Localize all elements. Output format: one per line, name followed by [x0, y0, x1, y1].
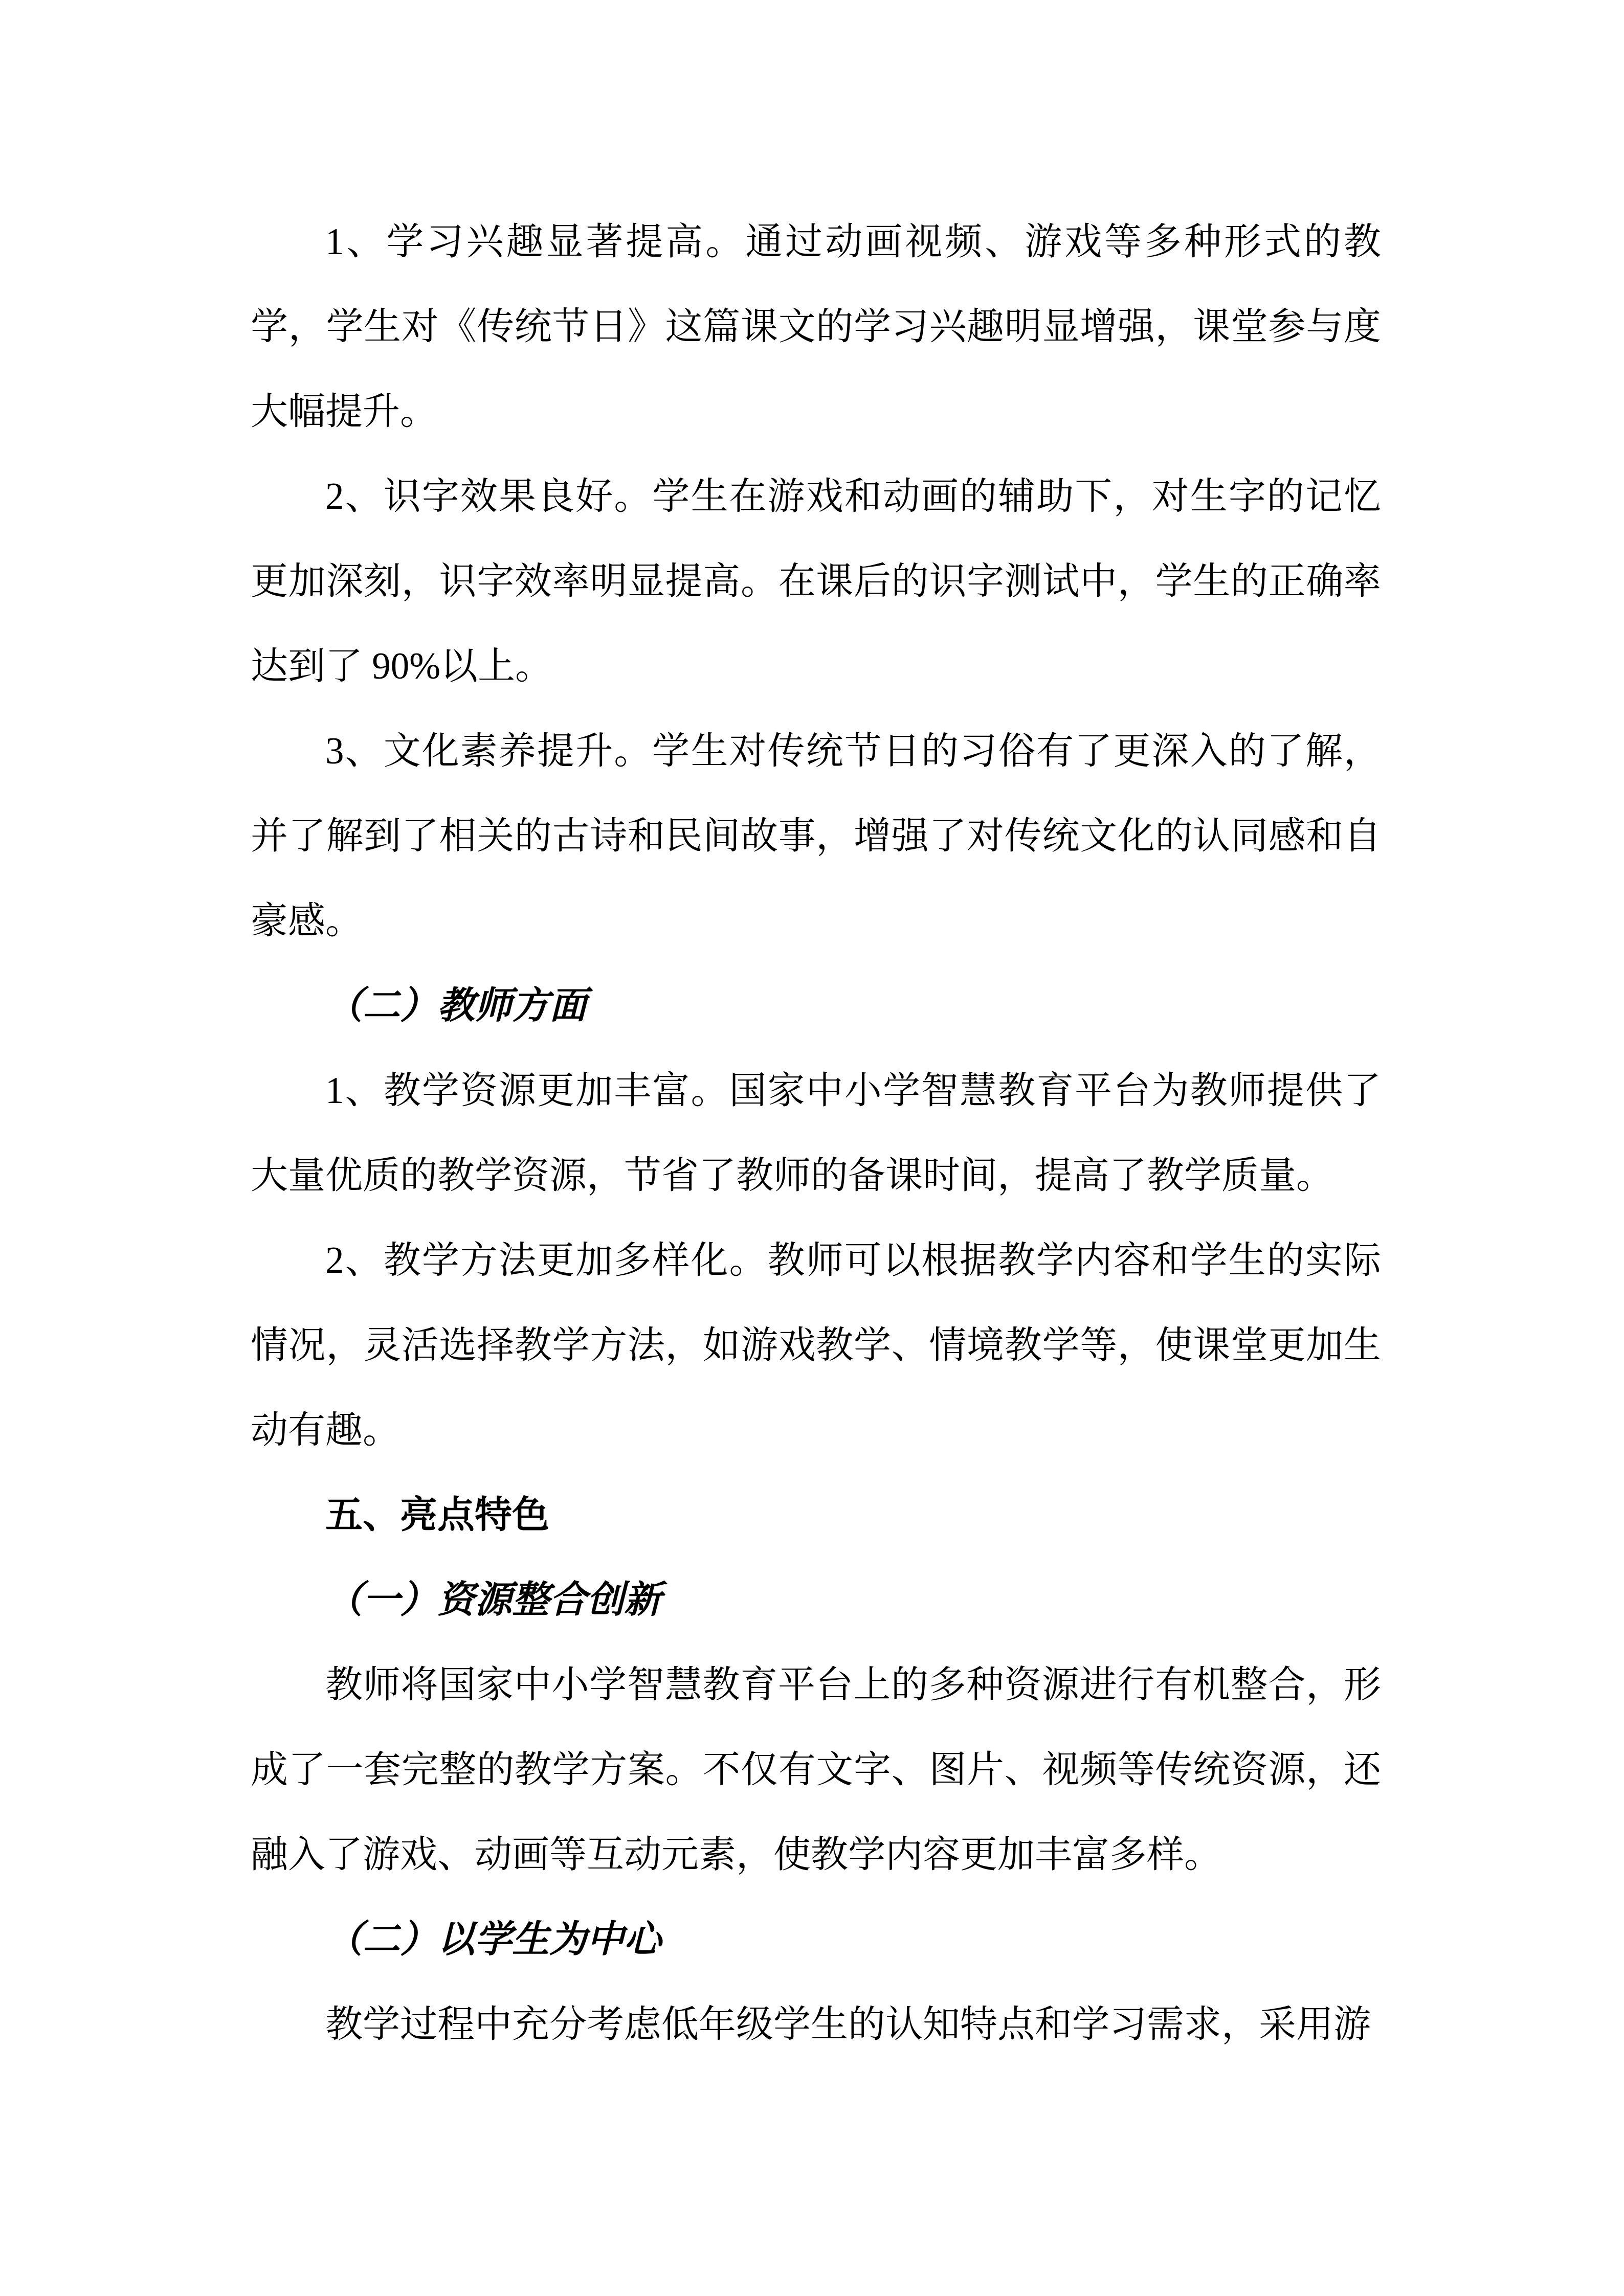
subsection-heading: （二）以学生为中心 [251, 1897, 1381, 1982]
subsection-heading: （二）教师方面 [251, 963, 1381, 1048]
body-paragraph: 教学过程中充分考虑低年级学生的认知特点和学习需求，采用游 [251, 1982, 1381, 2067]
subsection-heading: （一）资源整合创新 [251, 1558, 1381, 1642]
section-heading: 五、亮点特色 [251, 1473, 1381, 1558]
body-paragraph: 1、学习兴趣显著提高。通过动画视频、游戏等多种形式的教学，学生对《传统节日》这篇… [251, 199, 1381, 454]
body-paragraph: 1、教学资源更加丰富。国家中小学智慧教育平台为教师提供了大量优质的教学资源，节省… [251, 1048, 1381, 1218]
document-page: 1、学习兴趣显著提高。通过动画视频、游戏等多种形式的教学，学生对《传统节日》这篇… [0, 0, 1624, 2296]
body-paragraph: 3、文化素养提升。学生对传统节日的习俗有了更深入的了解，并了解到了相关的古诗和民… [251, 709, 1381, 963]
body-paragraph: 2、教学方法更加多样化。教师可以根据教学内容和学生的实际情况，灵活选择教学方法，… [251, 1218, 1381, 1473]
document-body: 1、学习兴趣显著提高。通过动画视频、游戏等多种形式的教学，学生对《传统节日》这篇… [251, 199, 1381, 2067]
body-paragraph: 2、识字效果良好。学生在游戏和动画的辅助下，对生字的记忆更加深刻，识字效率明显提… [251, 454, 1381, 709]
body-paragraph: 教师将国家中小学智慧教育平台上的多种资源进行有机整合，形成了一套完整的教学方案。… [251, 1642, 1381, 1897]
